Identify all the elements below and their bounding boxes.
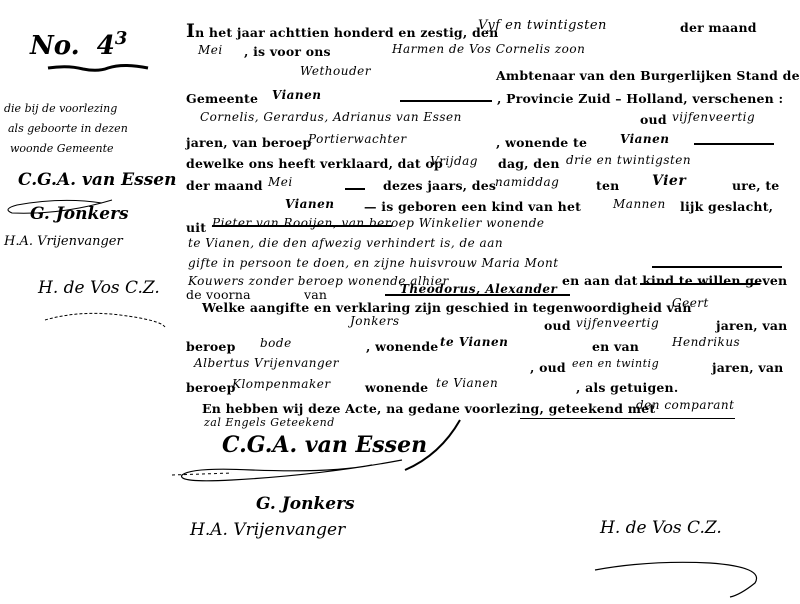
field-municipality: Vianen — [272, 88, 322, 102]
printed-line-16b: jaren, van — [716, 318, 787, 333]
margin-signature-witness1: G. Jonkers — [30, 204, 129, 224]
field-parents-line2: te Vianen, die den afwezig verhindert is… — [188, 236, 503, 250]
field-declarant-name: Cornelis, Gerardus, Adrianus van Essen — [200, 110, 462, 124]
margin-signature-declarant: C.G.A. van Essen — [18, 170, 176, 190]
field-birth-date: drie en twintigsten — [566, 153, 691, 167]
printed-line-7b: dag, den — [498, 156, 560, 171]
margin-signature-official: H. de Vos C.Z. — [38, 278, 160, 298]
signature-official-flourish — [590, 555, 770, 600]
field-witness2-residence: te Vianen — [436, 376, 498, 390]
field-month: Mei — [198, 43, 223, 57]
field-birth-hour: Vier — [652, 173, 686, 189]
underline — [652, 266, 782, 268]
printed-line-17c: en van — [592, 339, 639, 354]
printed-line-17a: beroep — [186, 339, 236, 354]
printed-line-9b: lijk geslacht, — [680, 199, 773, 214]
printed-line-8c: ten — [596, 178, 619, 193]
printed-line-16a: oud — [544, 318, 571, 333]
signature-witness2: H.A. Vrijenvanger — [190, 520, 345, 540]
field-birth-place: Vianen — [285, 197, 335, 211]
blank-rule — [345, 188, 365, 190]
acte-number: No. 43 — [30, 28, 127, 61]
field-declarant-profession: Portierwachter — [308, 132, 407, 146]
closing-rule — [520, 418, 735, 419]
printed-line-13a: en aan dat kind te willen geven — [562, 273, 787, 288]
printed-line-2: , is voor ons — [244, 44, 331, 59]
printed-line-9a: — is geboren een kind van het — [364, 199, 581, 214]
printed-line-18a: , oud — [530, 360, 566, 375]
printed-line-19a: beroep — [186, 380, 236, 395]
field-child-sex: Mannen — [613, 197, 666, 211]
dropcap: I — [186, 20, 195, 42]
underline — [385, 294, 570, 296]
acte-number-value: 4 — [97, 31, 115, 61]
field-witness2-name-b: Albertus Vrijenvanger — [194, 356, 339, 370]
signature-witness1: G. Jonkers — [256, 494, 355, 514]
blank-rule — [694, 143, 774, 145]
field-official: Harmen de Vos Cornelis zoon — [392, 42, 585, 56]
field-witness2-name-a: Hendrikus — [672, 335, 740, 349]
field-birth-month: Mei — [268, 175, 293, 189]
underline — [212, 225, 392, 227]
printed-line-5: oud — [640, 112, 667, 127]
field-witness2-age: een en twintig — [572, 357, 659, 370]
printed-line-19b: wonende — [365, 380, 428, 395]
acte-number-underline — [48, 63, 148, 73]
field-parents-line1: Pieter van Rooijen, van beroep Winkelier… — [212, 216, 545, 230]
field-witness2-profession: Klompenmaker — [232, 377, 331, 391]
field-witness1-residence: te Vianen — [440, 335, 508, 349]
margin-note-line3: woonde Gemeente — [10, 142, 114, 155]
signature-declarant-flourish — [172, 455, 412, 495]
printed-line-1a: In het jaar achttien honderd en zestig, … — [186, 20, 498, 42]
field-official-title: Wethouder — [300, 64, 371, 78]
acte-number-superscript: 3 — [115, 28, 128, 49]
printed-line-4b: , Provincie Zuid – Holland, verschenen : — [497, 91, 783, 106]
printed-line-19c: , als getuigen. — [576, 380, 678, 395]
margin-note-line2: als geboorte in dezen — [8, 122, 128, 135]
closing-flourish — [400, 415, 470, 475]
blank-rule — [640, 283, 760, 285]
margin-official-flourish — [40, 305, 170, 330]
field-declarant-residence: Vianen — [620, 132, 670, 146]
printed-line-15: Welke aangifte en verklaring zijn geschi… — [202, 300, 692, 315]
field-witness1-profession: bode — [260, 336, 292, 350]
blank-rule — [400, 100, 492, 102]
printed-line-10: uit — [186, 220, 206, 235]
field-day: Vyf en twintigsten — [478, 18, 607, 33]
printed-line-8b: dezes jaars, des — [383, 178, 496, 193]
printed-line-7a: dewelke ons heeft verklaard, dat op — [186, 156, 443, 171]
printed-line-3: Ambtenaar van den Burgerlijken Stand der — [496, 68, 800, 83]
field-witness1-name-b: Jonkers — [350, 314, 400, 328]
margin-signature-witness2: H.A. Vrijenvanger — [4, 234, 123, 249]
field-parents-line3: gifte in persoon te doen, en zijne huisv… — [188, 256, 559, 270]
field-closing2: zal Engels Geteekend — [204, 416, 335, 429]
printed-line-8a: der maand — [186, 178, 263, 193]
printed-line-4a: Gemeente — [186, 91, 258, 106]
printed-line-18b: jaren, van — [712, 360, 783, 375]
field-closing: den comparant — [636, 398, 734, 412]
printed-line-6b: , wonende te — [496, 135, 587, 150]
acte-number-prefix: No. — [30, 31, 80, 61]
field-witness1-age: vijfenveertig — [576, 316, 659, 330]
signature-official: H. de Vos C.Z. — [600, 518, 722, 538]
field-birth-time: namiddag — [495, 175, 559, 189]
field-witness1-name-a: Geert — [672, 296, 709, 310]
printed-line-8d: ure, te — [732, 178, 779, 193]
field-declarant-age: vijfenveertig — [672, 110, 755, 124]
printed-line-6a: jaren, van beroep — [186, 135, 311, 150]
printed-line-1b: der maand — [680, 20, 757, 35]
margin-note-line1: die bij de voorlezing — [4, 102, 117, 115]
printed-line-20: En hebben wij deze Acte, na gedane voorl… — [202, 401, 655, 416]
printed-line-17b: , wonende — [366, 339, 438, 354]
field-birth-weekday: Vrijdag — [430, 154, 478, 168]
